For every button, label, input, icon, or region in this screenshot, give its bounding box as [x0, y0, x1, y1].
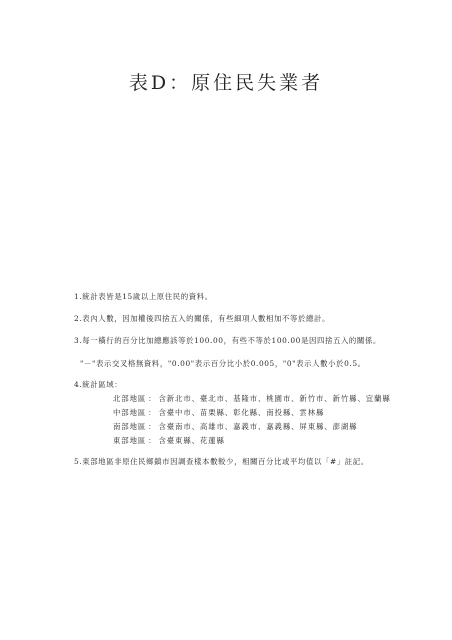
region-label: 中部地區 [113, 408, 146, 417]
note-3-continued: "－"表示交叉格無資料，"0.00"表示百分比小於0.005，"0"表示人數小於… [80, 359, 366, 369]
region-south: 南部地區：含臺南市、高雄市、嘉義市、嘉義縣、屏東縣、澎湖縣 [113, 422, 357, 432]
region-label: 東部地區 [113, 436, 146, 445]
region-separator: ： [148, 408, 156, 417]
region-areas: 含臺東縣、花蓮縣 [158, 436, 224, 445]
note-3: 3.每一橫行的百分比加總應該等於100.00，有些不等於100.00是因四捨五入… [74, 336, 381, 346]
region-separator: ： [148, 422, 156, 431]
region-separator: ： [148, 436, 156, 445]
region-areas: 含臺南市、高雄市、嘉義市、嘉義縣、屏東縣、澎湖縣 [158, 422, 357, 431]
region-areas: 含新北市、臺北市、基隆市、桃園市、新竹市、新竹縣、宜蘭縣 [158, 394, 390, 403]
region-east: 東部地區：含臺東縣、花蓮縣 [113, 436, 225, 446]
note-1: 1.統計表皆是15歲以上原住民的資料。 [74, 292, 213, 302]
note-4-heading: 4.統計區域： [74, 380, 122, 390]
document-page: 表D：原住民失業者 1.統計表皆是15歲以上原住民的資料。 2.表內人數，因加權… [0, 0, 452, 640]
region-label: 北部地區 [113, 394, 146, 403]
note-5: 5.東部地區非原住民鄉鎮市因調查樣本數較少，相關百分比或平均值以「#」註記。 [74, 457, 369, 467]
page-title: 表D：原住民失業者 [0, 68, 452, 95]
region-label: 南部地區 [113, 422, 146, 431]
note-2: 2.表內人數，因加權後四捨五入的關係，有些細項人數相加不等於總計。 [74, 314, 330, 324]
region-areas: 含臺中市、苗栗縣、彰化縣、南投縣、雲林縣 [158, 408, 324, 417]
region-central: 中部地區：含臺中市、苗栗縣、彰化縣、南投縣、雲林縣 [113, 408, 324, 418]
region-separator: ： [148, 394, 156, 403]
region-north: 北部地區：含新北市、臺北市、基隆市、桃園市、新竹市、新竹縣、宜蘭縣 [113, 394, 391, 404]
